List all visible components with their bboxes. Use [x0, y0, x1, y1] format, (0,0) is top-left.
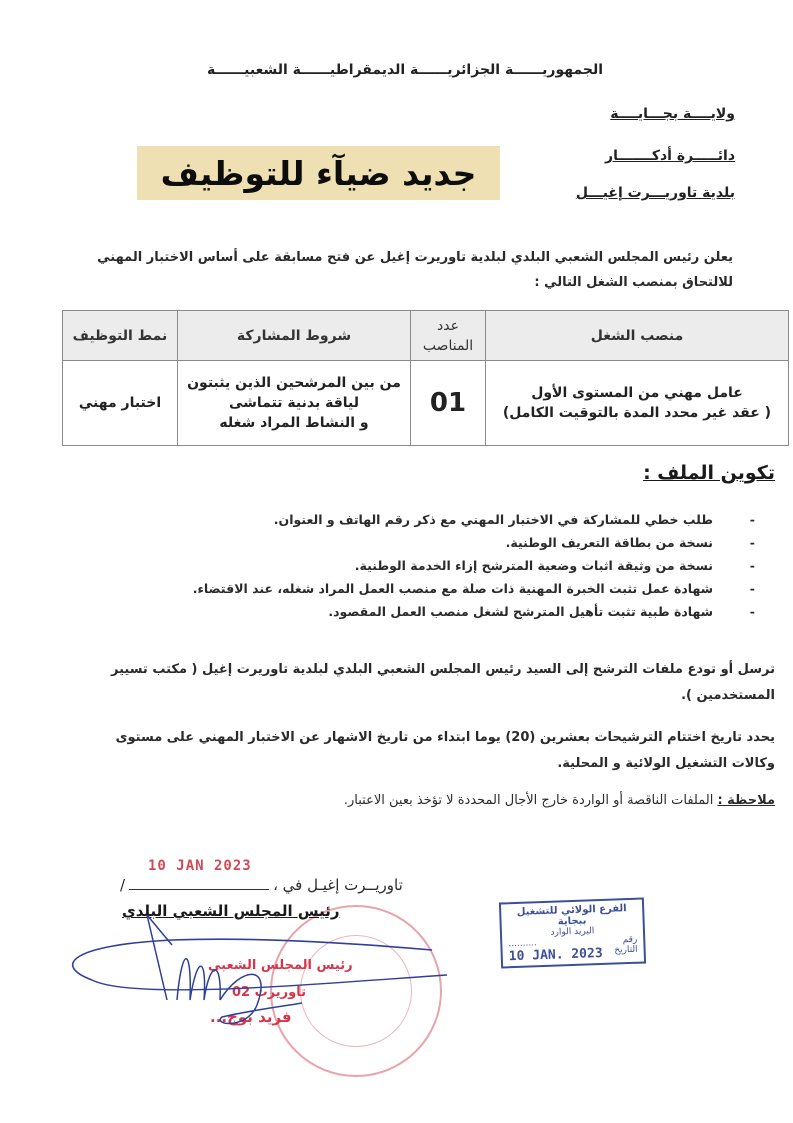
header-mode: نمط التوظيف — [63, 311, 178, 361]
position-title: عامل مهني من المستوى الأول — [487, 383, 787, 403]
reception-date-row: التاريخ 10 JAN. 2023 — [509, 945, 638, 964]
reception-date: 10 JAN. 2023 — [509, 946, 603, 964]
job-table: منصب الشغل عدد المناصب شروط المشاركة نمط… — [62, 310, 789, 446]
note-label: ملاحظة : — [717, 793, 775, 808]
reception-date-label: التاريخ — [614, 945, 638, 961]
reception-stamp: الفرع الولائي للتشغيل ببجاية البريد الوا… — [499, 897, 646, 968]
cell-conditions: من بين المرشحين الذين يثبتون لياقة بدنية… — [178, 361, 411, 446]
cell-position: عامل مهني من المستوى الأول ( عقد غير محد… — [486, 361, 789, 446]
table-header-row: منصب الشغل عدد المناصب شروط المشاركة نمط… — [63, 311, 789, 361]
recruitment-announcement: الجمهوريــــــة الجزائريــــــة الديمقرا… — [0, 0, 793, 1123]
header-count: عدد المناصب — [411, 311, 486, 361]
conditions-line: لياقة بدنية تتماشى — [179, 393, 409, 413]
date-blank-line — [129, 889, 269, 890]
position-contract: ( عقد غير محدد المدة بالتوقيت الكامل) — [487, 403, 787, 423]
watermark-banner: جديد ضيآء للتوظيف — [137, 146, 500, 200]
header-position: منصب الشغل — [486, 311, 789, 361]
note-text: الملفات الناقصة أو الواردة خارج الأجال ا… — [344, 793, 718, 808]
daira-label: دائـــــرة أدكـــــــار — [605, 148, 735, 164]
wilaya-label: ولايــــة بجـــايــــة — [610, 106, 735, 122]
list-item: نسخة من وثيقة اثبات وضعية المترشح إزاء ا… — [193, 554, 755, 577]
deadline-paragraph: يحدد تاريخ اختتام الترشيحات بعشرين (20) … — [70, 725, 775, 777]
cell-count: 01 — [411, 361, 486, 446]
reception-number-label: رقم — [622, 935, 637, 946]
dossier-title: تكوين الملف : — [643, 462, 775, 484]
republic-header: الجمهوريــــــة الجزائريــــــة الديمقرا… — [150, 62, 660, 78]
conditions-line: و النشاط المراد شغله — [179, 413, 409, 433]
baladia-label: بلدية تاوريـــرت إغيـــل — [576, 185, 735, 201]
conditions-line: من بين المرشحين الذين يثبتون — [179, 373, 409, 393]
submission-paragraph: ترسل أو تودع ملفات الترشح إلى السيد رئيس… — [70, 657, 775, 709]
list-item: شهادة عمل تثبت الخبرة المهنية ذات صلة مع… — [193, 577, 755, 600]
list-item: نسخة من بطاقة التعريف الوطنية. — [193, 531, 755, 554]
place-date-line: تاوريــرت إغيـل في ،/ — [120, 876, 403, 894]
list-item: شهادة طبية تثبت تأهيل المترشح لشغل منصب … — [193, 600, 755, 623]
dossier-list: طلب خطي للمشاركة في الاختبار المهني مع ذ… — [193, 508, 755, 623]
place-label: تاوريــرت إغيـل في ، — [273, 876, 403, 894]
date-stamp: 10 JAN 2023 — [148, 858, 252, 874]
list-item: طلب خطي للمشاركة في الاختبار المهني مع ذ… — [193, 508, 755, 531]
header-conditions: شروط المشاركة — [178, 311, 411, 361]
cell-mode: اختبار مهني — [63, 361, 178, 446]
signature-scribble — [52, 905, 452, 1035]
table-row: عامل مهني من المستوى الأول ( عقد غير محد… — [63, 361, 789, 446]
intro-paragraph: يعلن رئيس المجلس الشعبي البلدي لبلدية تا… — [72, 245, 733, 295]
note-paragraph: ملاحظة : الملفات الناقصة أو الواردة خارج… — [344, 788, 775, 814]
slash: / — [120, 876, 125, 894]
